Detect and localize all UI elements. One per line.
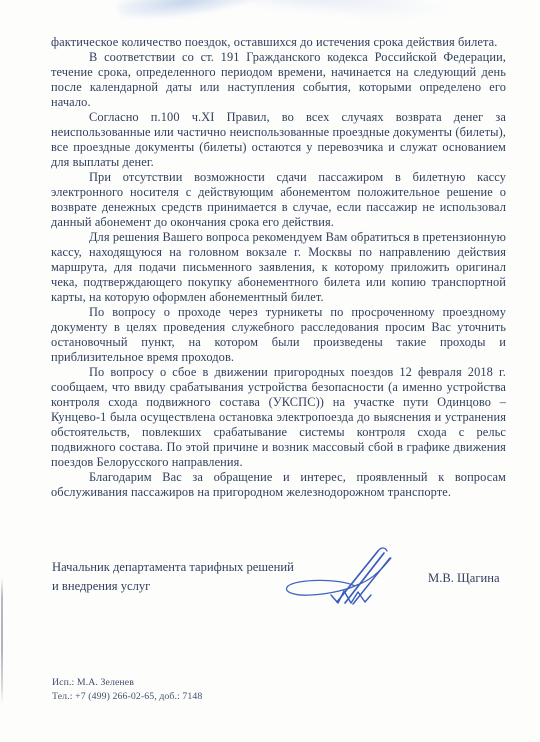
letter-paragraph: Благодарим Вас за обращение и интерес, п… [51,470,506,500]
letter-paragraph: При отсутствии возможности сдачи пассажи… [51,170,506,230]
letter-paragraph: По вопросу о проходе через турникеты по … [51,305,506,365]
signatory-position: Начальник департамента тарифных решений … [52,558,294,596]
letter-paragraph: Согласно п.100 ч.XI Правил, во всех случ… [51,110,506,170]
letter-paragraph: Для решения Вашего вопроса рекомендуем В… [51,230,506,305]
executor-block: Исп.: М.А. Зеленев Тел.: +7 (499) 266-02… [52,676,202,703]
signatory-position-line1: Начальник департамента тарифных решений [52,558,294,577]
letter-body: фактическое количество поездок, оставших… [51,35,506,500]
executor-name: Исп.: М.А. Зеленев [52,676,202,690]
scanned-letter-page: фактическое количество поездок, оставших… [0,0,540,742]
letter-paragraph: В соответствии со ст. 191 Гражданского к… [51,50,506,110]
signatory-position-line2: и внедрения услуг [52,577,294,596]
scan-smudge-artifact [229,0,451,26]
scan-smudge-artifact [117,0,269,25]
letter-paragraph: По вопросу о сбое в движении пригородных… [51,365,506,470]
signatory-name: М.В. Щагина [428,571,500,586]
signature-scribble [281,545,405,609]
executor-phone: Тел.: +7 (499) 266-02-65, доб.: 7148 [52,690,202,704]
scan-edge-line-artifact [1,578,3,704]
letter-paragraph: фактическое количество поездок, оставших… [51,35,506,50]
